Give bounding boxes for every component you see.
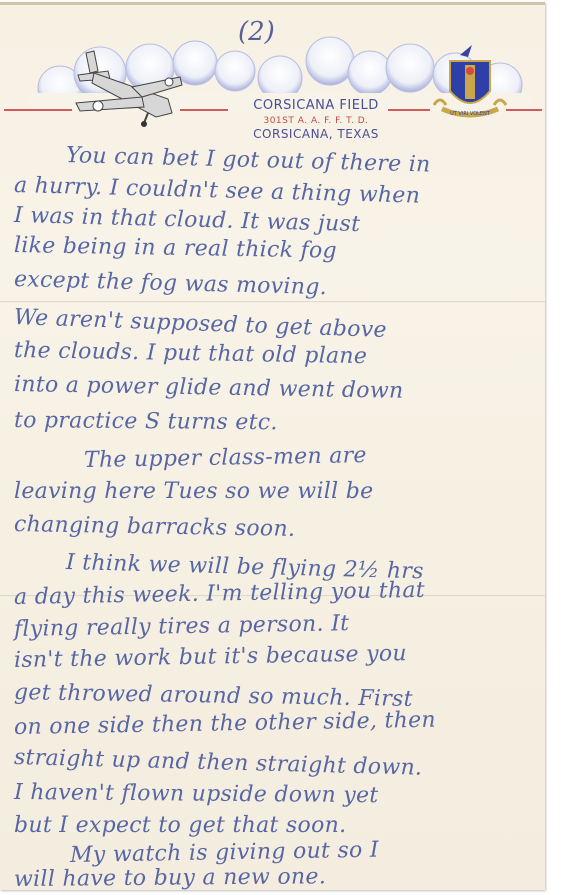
airplane-icon — [72, 47, 184, 127]
letter-line: I haven't flown upside down yet — [14, 780, 379, 808]
letter-line: You can bet I got out of there in — [66, 143, 431, 178]
letterhead-rule-right — [506, 109, 542, 111]
letterhead-title: CORSICANA FIELD — [226, 98, 406, 113]
letter-line: to practice S turns etc. — [14, 408, 278, 435]
letterhead-city: CORSICANA, TEXAS — [226, 127, 406, 141]
letter-line: The upper class-men are — [84, 443, 367, 473]
crest-icon: UT VIRI VOLENT — [430, 43, 510, 123]
fold-line — [0, 301, 545, 303]
letter-line: a hurry. I couldn't see a thing when — [14, 173, 421, 209]
letter-line: into a power glide and went down — [14, 372, 404, 404]
letter-line: leaving here Tues so we will be — [14, 479, 373, 504]
letter-line: I was in that cloud. It was just — [14, 203, 361, 237]
letter-line: changing barracks soon. — [14, 512, 296, 542]
letter-line: like being in a real thick fog — [14, 233, 337, 264]
letter-line: flying really tires a person. It — [14, 611, 350, 642]
letter-page: (2) — [0, 2, 545, 890]
letter-line: My watch is giving out so I — [70, 838, 379, 868]
svg-text:UT VIRI VOLENT: UT VIRI VOLENT — [450, 111, 491, 117]
letterhead-rule-left — [4, 109, 72, 111]
letter-line: but I expect to get that soon. — [14, 813, 346, 838]
letter-line: isn't the work but it's because you — [14, 641, 407, 673]
letterhead-rule-mid-left — [180, 109, 228, 111]
letter-line: get throwed around so much. First — [14, 680, 413, 712]
letter-line: straight up and then straight down. — [14, 745, 423, 781]
letter-line: will have to buy a new one. — [14, 864, 326, 892]
letter-line: the clouds. I put that old plane — [14, 338, 368, 369]
letterhead-subtitle: 301ST A. A. F. F. T. D. — [226, 116, 406, 126]
letter-line: a day this week. I'm telling you that — [14, 578, 425, 610]
letter-line: except the fog was moving. — [14, 267, 328, 300]
letter-line: We aren't supposed to get above — [14, 305, 388, 343]
letter-line: on one side then the other side, then — [14, 708, 436, 740]
